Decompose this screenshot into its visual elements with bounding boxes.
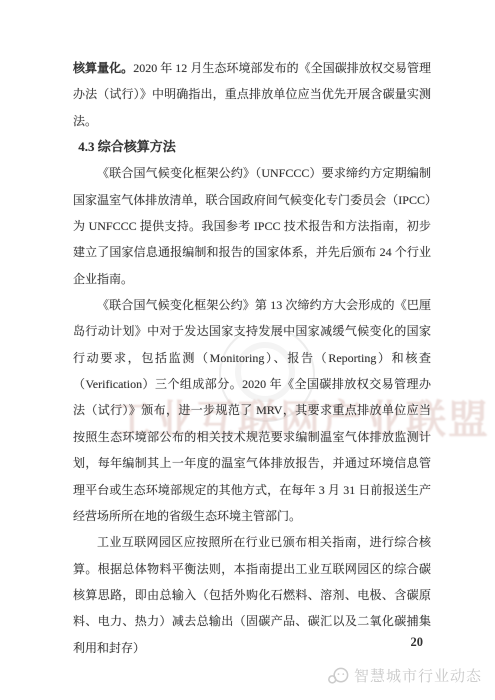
document-page: 工业互联网产业联盟 核算量化。2020 年 12 月生态环境部发布的《全国碳排放… xyxy=(0,0,495,700)
paragraph-accounting-quantification: 核算量化。2020 年 12 月生态环境部发布的《全国碳排放权交易管理办法（试行… xyxy=(73,55,431,134)
section-heading-4-3: 4.3 综合核算方法 xyxy=(73,134,431,160)
paragraph-bold-lead: 核算量化。 xyxy=(73,61,133,75)
page-number: 20 xyxy=(411,635,424,650)
paragraph-mrv: 《联合国气候变化框架公约》第 13 次缔约方大会形成的《巴厘岛行动计划》中对于发… xyxy=(73,292,431,529)
smart-city-logo-icon xyxy=(327,666,350,686)
page-content: 核算量化。2020 年 12 月生态环境部发布的《全国碳排放权交易管理办法（试行… xyxy=(73,55,431,661)
paragraph-unfccc: 《联合国气候变化框架公约》（UNFCCC）要求缔约方定期编制国家温室气体排放清单… xyxy=(73,160,431,292)
footer-watermark-label: 智慧城市行业动态 xyxy=(354,665,482,686)
footer-watermark: 智慧城市行业动态 xyxy=(327,665,482,686)
paragraph-park-accounting: 工业互联网园区应按照所在行业已颁布相关指南，进行综合核算。根据总体物料平衡法则，… xyxy=(73,529,431,661)
